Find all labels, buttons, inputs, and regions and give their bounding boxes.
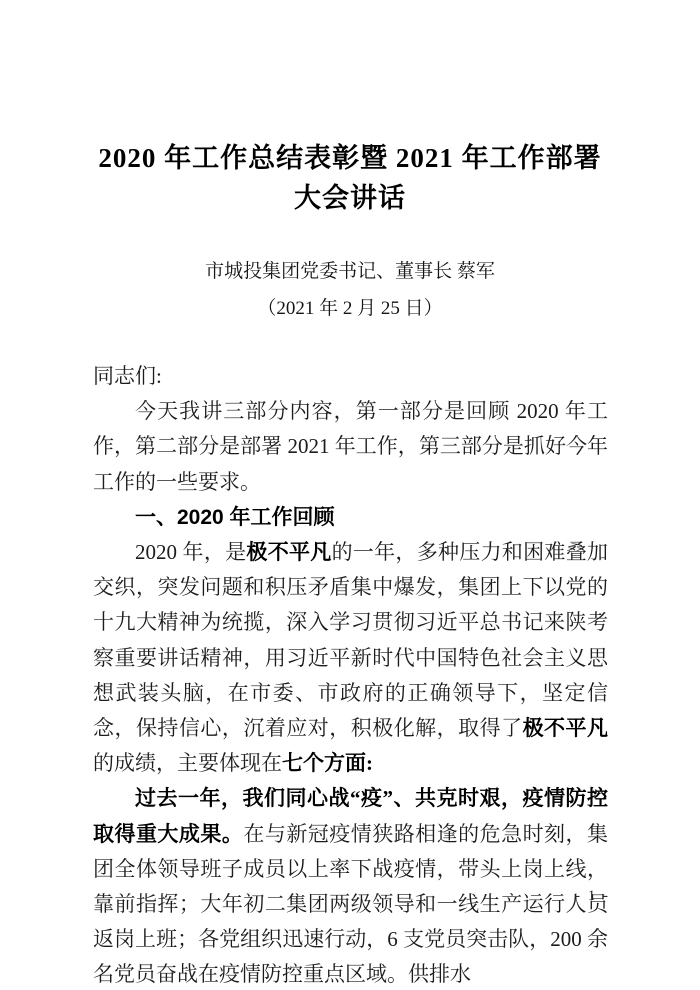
emphasized-text-run: 极不平凡	[246, 540, 331, 564]
body-paragraph: 2020 年，是极不平凡的一年，多种压力和困难叠加交织，突发问题和积压矛盾集中爆…	[93, 535, 608, 781]
section-heading: 一、2020 年工作回顾	[93, 500, 608, 535]
document-page: 2020 年工作总结表彰暨 2021 年工作部署 大会讲话 市城投集团党委书记、…	[0, 0, 700, 990]
body-paragraph: 过去一年，我们同心战“疫”、共克时艰，疫情防控取得重大成果。在与新冠疫情狭路相逢…	[93, 781, 608, 990]
date-line: （2021 年 2 月 25 日）	[0, 296, 700, 321]
title-line-1: 2020 年工作总结表彰暨 2021 年工作部署	[0, 138, 700, 178]
text-run: 在与新冠疫情狭路相逢的危急时刻，集团全体领导班子成员以上率下战疫情，带头上岗上线…	[93, 822, 608, 987]
text-run: 的一年，多种压力和困难叠加交织，突发问题和积压矛盾集中爆发，集团上下以党的十九大…	[93, 540, 608, 740]
text-run: 2020 年，是	[135, 540, 246, 564]
title-line-2: 大会讲话	[0, 178, 700, 218]
document-body: 同志们:今天我讲三部分内容，第一部分是回顾 2020 年工作，第二部分是部署 2…	[93, 359, 608, 990]
document-title: 2020 年工作总结表彰暨 2021 年工作部署 大会讲话	[0, 138, 700, 218]
emphasized-text-run: 七个方面:	[282, 751, 373, 775]
body-paragraph: 今天我讲三部分内容，第一部分是回顾 2020 年工作，第二部分是部署 2021 …	[93, 394, 608, 500]
speaker-byline: 市城投集团党委书记、董事长 蔡军	[0, 259, 700, 284]
page-number: - 1 -	[575, 886, 610, 906]
emphasized-text-run: 一、2020 年工作回顾	[135, 506, 335, 529]
text-run: 的成绩，主要体现在	[93, 751, 282, 775]
text-run: 今天我讲三部分内容，第一部分是回顾 2020 年工作，第二部分是部署 2021 …	[93, 399, 608, 493]
emphasized-text-run: 极不平凡	[523, 716, 608, 740]
body-paragraph: 同志们:	[93, 359, 608, 394]
text-run: 同志们:	[93, 364, 162, 388]
